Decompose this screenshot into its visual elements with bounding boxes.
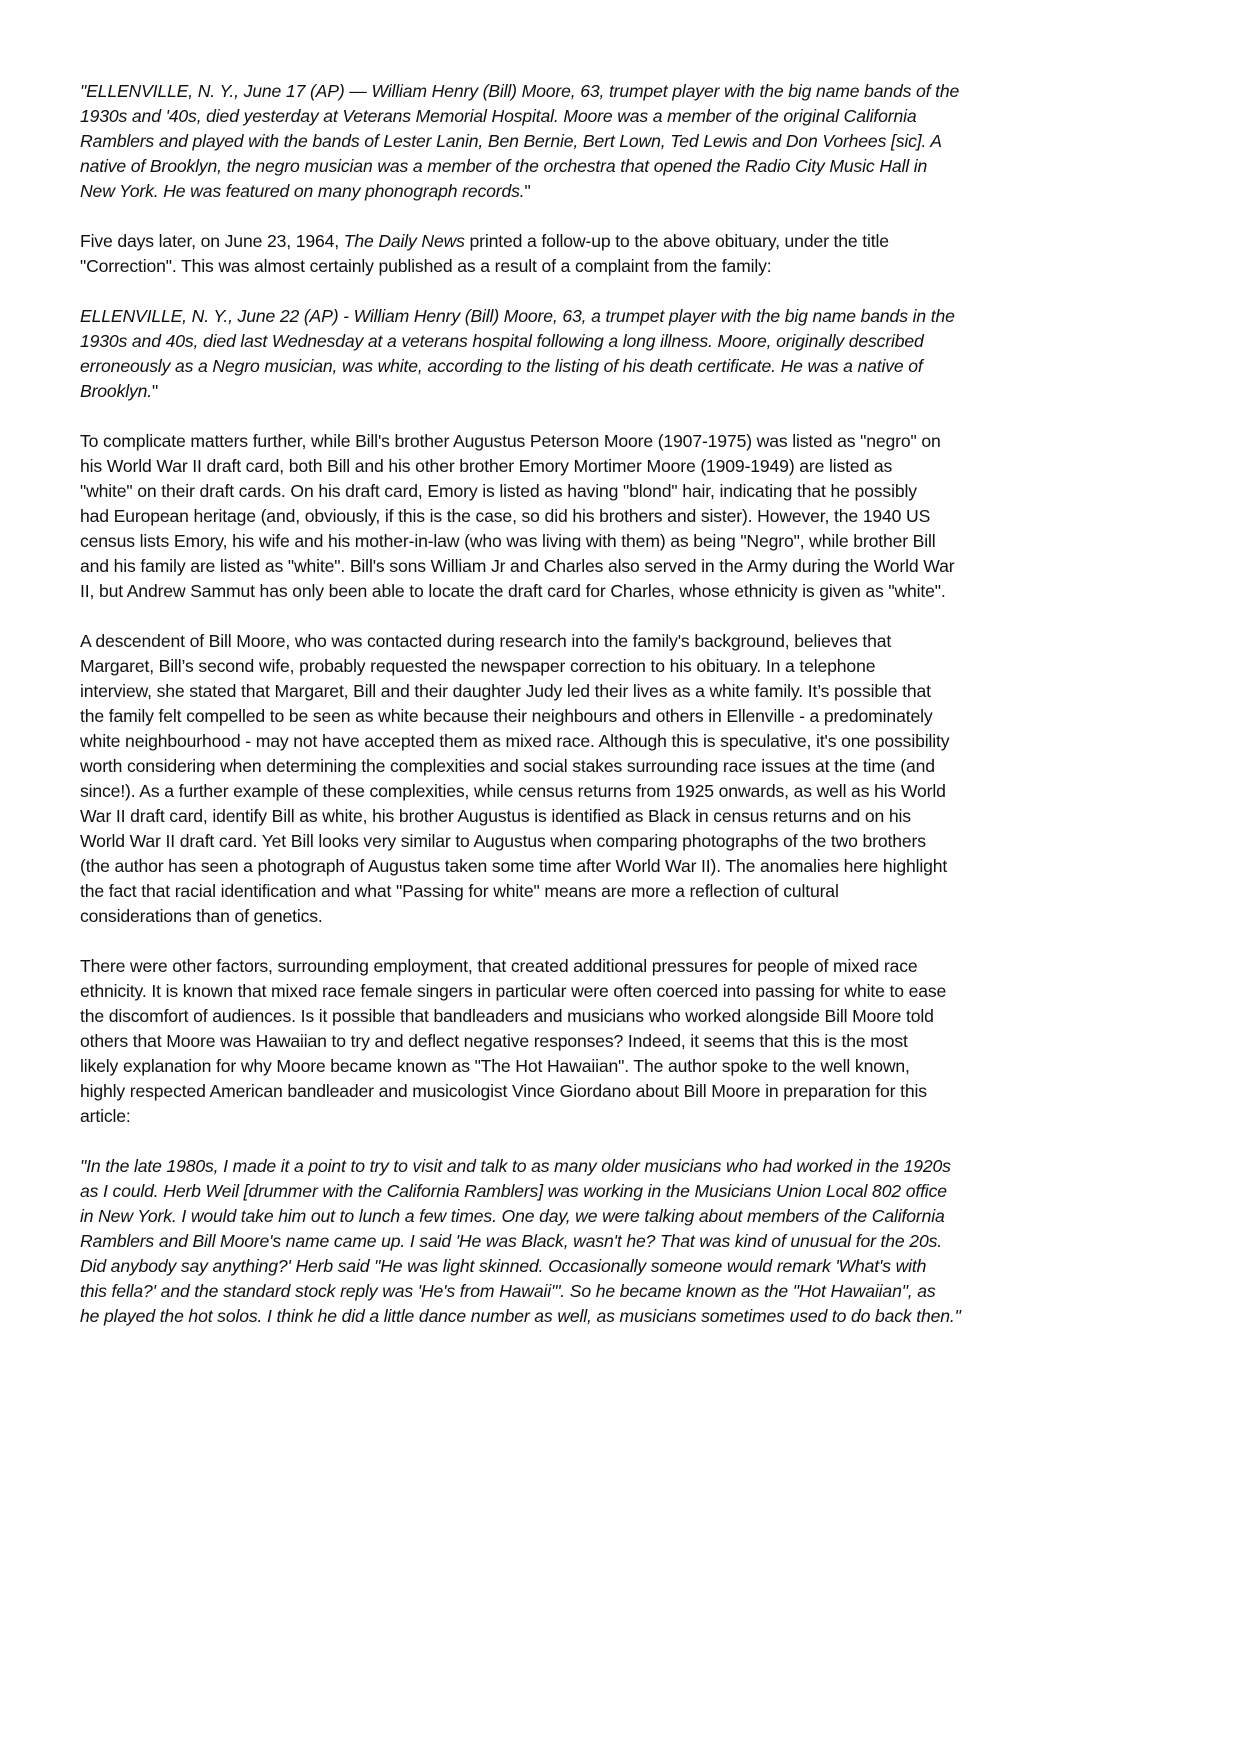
text-line: census lists Emory, his wife and his mot… [80,529,1080,554]
text-line: this fella?' and the standard stock repl… [80,1279,1080,1304]
closing-quote: " [525,181,531,201]
giordano-quote-paragraph: "In the late 1980s, I made it a point to… [80,1154,1080,1329]
text-line: he played the hot solos. I think he did … [80,1304,1080,1329]
text-line: New York. He was featured on many phonog… [80,179,1080,204]
text-fragment: printed a follow-up to the above obituar… [465,231,889,251]
text-line: War II draft card, identify Bill as whit… [80,804,1080,829]
text-line: article: [80,1104,1080,1129]
text-line: ELLENVILLE, N. Y., June 22 (AP) - Willia… [80,304,1080,329]
text-line: likely explanation for why Moore became … [80,1054,1080,1079]
text-line: Brooklyn." [80,379,1080,404]
text-line: others that Moore was Hawaiian to try an… [80,1029,1080,1054]
text-line: in New York. I would take him out to lun… [80,1204,1080,1229]
text-line: his World War II draft card, both Bill a… [80,454,1080,479]
text-line: the family felt compelled to be seen as … [80,704,1080,729]
text-line: had European heritage (and, obviously, i… [80,504,1080,529]
employment-paragraph: There were other factors, surrounding em… [80,954,1080,1129]
text-line: "white" on their draft cards. On his dra… [80,479,1080,504]
text-line: There were other factors, surrounding em… [80,954,1080,979]
text-line: Margaret, Bill’s second wife, probably r… [80,654,1080,679]
document-page: "ELLENVILLE, N. Y., June 17 (AP) — Willi… [80,79,1080,1354]
text-line: as I could. Herb Weil [drummer with the … [80,1179,1080,1204]
text-line: since!). As a further example of these c… [80,779,1080,804]
text-line: and his family are listed as "white". Bi… [80,554,1080,579]
text-line: Five days later, on June 23, 1964, The D… [80,229,1080,254]
text-line: white neighbourhood - may not have accep… [80,729,1080,754]
text-line: To complicate matters further, while Bil… [80,429,1080,454]
text-line: (the author has seen a photograph of Aug… [80,854,1080,879]
text-line: native of Brooklyn, the negro musician w… [80,154,1080,179]
text-line: 1930s and 40s, died last Wednesday at a … [80,329,1080,354]
text-line: worth considering when determining the c… [80,754,1080,779]
text-line: "Correction". This was almost certainly … [80,254,1080,279]
text-fragment: Brooklyn. [80,381,152,401]
text-fragment: Five days later, on June 23, 1964, [80,231,344,251]
text-line: the fact that racial identification and … [80,879,1080,904]
descendant-paragraph: A descendent of Bill Moore, who was cont… [80,629,1080,929]
text-line: the discomfort of audiences. Is it possi… [80,1004,1080,1029]
text-line: 1930s and '40s, died yesterday at Vetera… [80,104,1080,129]
newspaper-title: The Daily News [344,231,465,251]
text-line: ethnicity. It is known that mixed race f… [80,979,1080,1004]
follow-up-intro-paragraph: Five days later, on June 23, 1964, The D… [80,229,1080,279]
text-line: Ramblers and played with the bands of Le… [80,129,1080,154]
text-line: interview, she stated that Margaret, Bil… [80,679,1080,704]
text-line: considerations than of genetics. [80,904,1080,929]
text-line: Did anybody say anything?' Herb said "He… [80,1254,1080,1279]
correction-quote-paragraph: ELLENVILLE, N. Y., June 22 (AP) - Willia… [80,304,1080,404]
text-line: erroneously as a Negro musician, was whi… [80,354,1080,379]
text-line: World War II draft card. Yet Bill looks … [80,829,1080,854]
draft-cards-paragraph: To complicate matters further, while Bil… [80,429,1080,604]
text-line: "In the late 1980s, I made it a point to… [80,1154,1080,1179]
closing-quote: " [152,381,158,401]
obituary-quote-paragraph: "ELLENVILLE, N. Y., June 17 (AP) — Willi… [80,79,1080,204]
text-line: A descendent of Bill Moore, who was cont… [80,629,1080,654]
text-fragment: New York. He was featured on many phonog… [80,181,525,201]
text-line: "ELLENVILLE, N. Y., June 17 (AP) — Willi… [80,79,1080,104]
text-line: II, but Andrew Sammut has only been able… [80,579,1080,604]
text-line: Ramblers and Bill Moore's name came up. … [80,1229,1080,1254]
text-line: highly respected American bandleader and… [80,1079,1080,1104]
